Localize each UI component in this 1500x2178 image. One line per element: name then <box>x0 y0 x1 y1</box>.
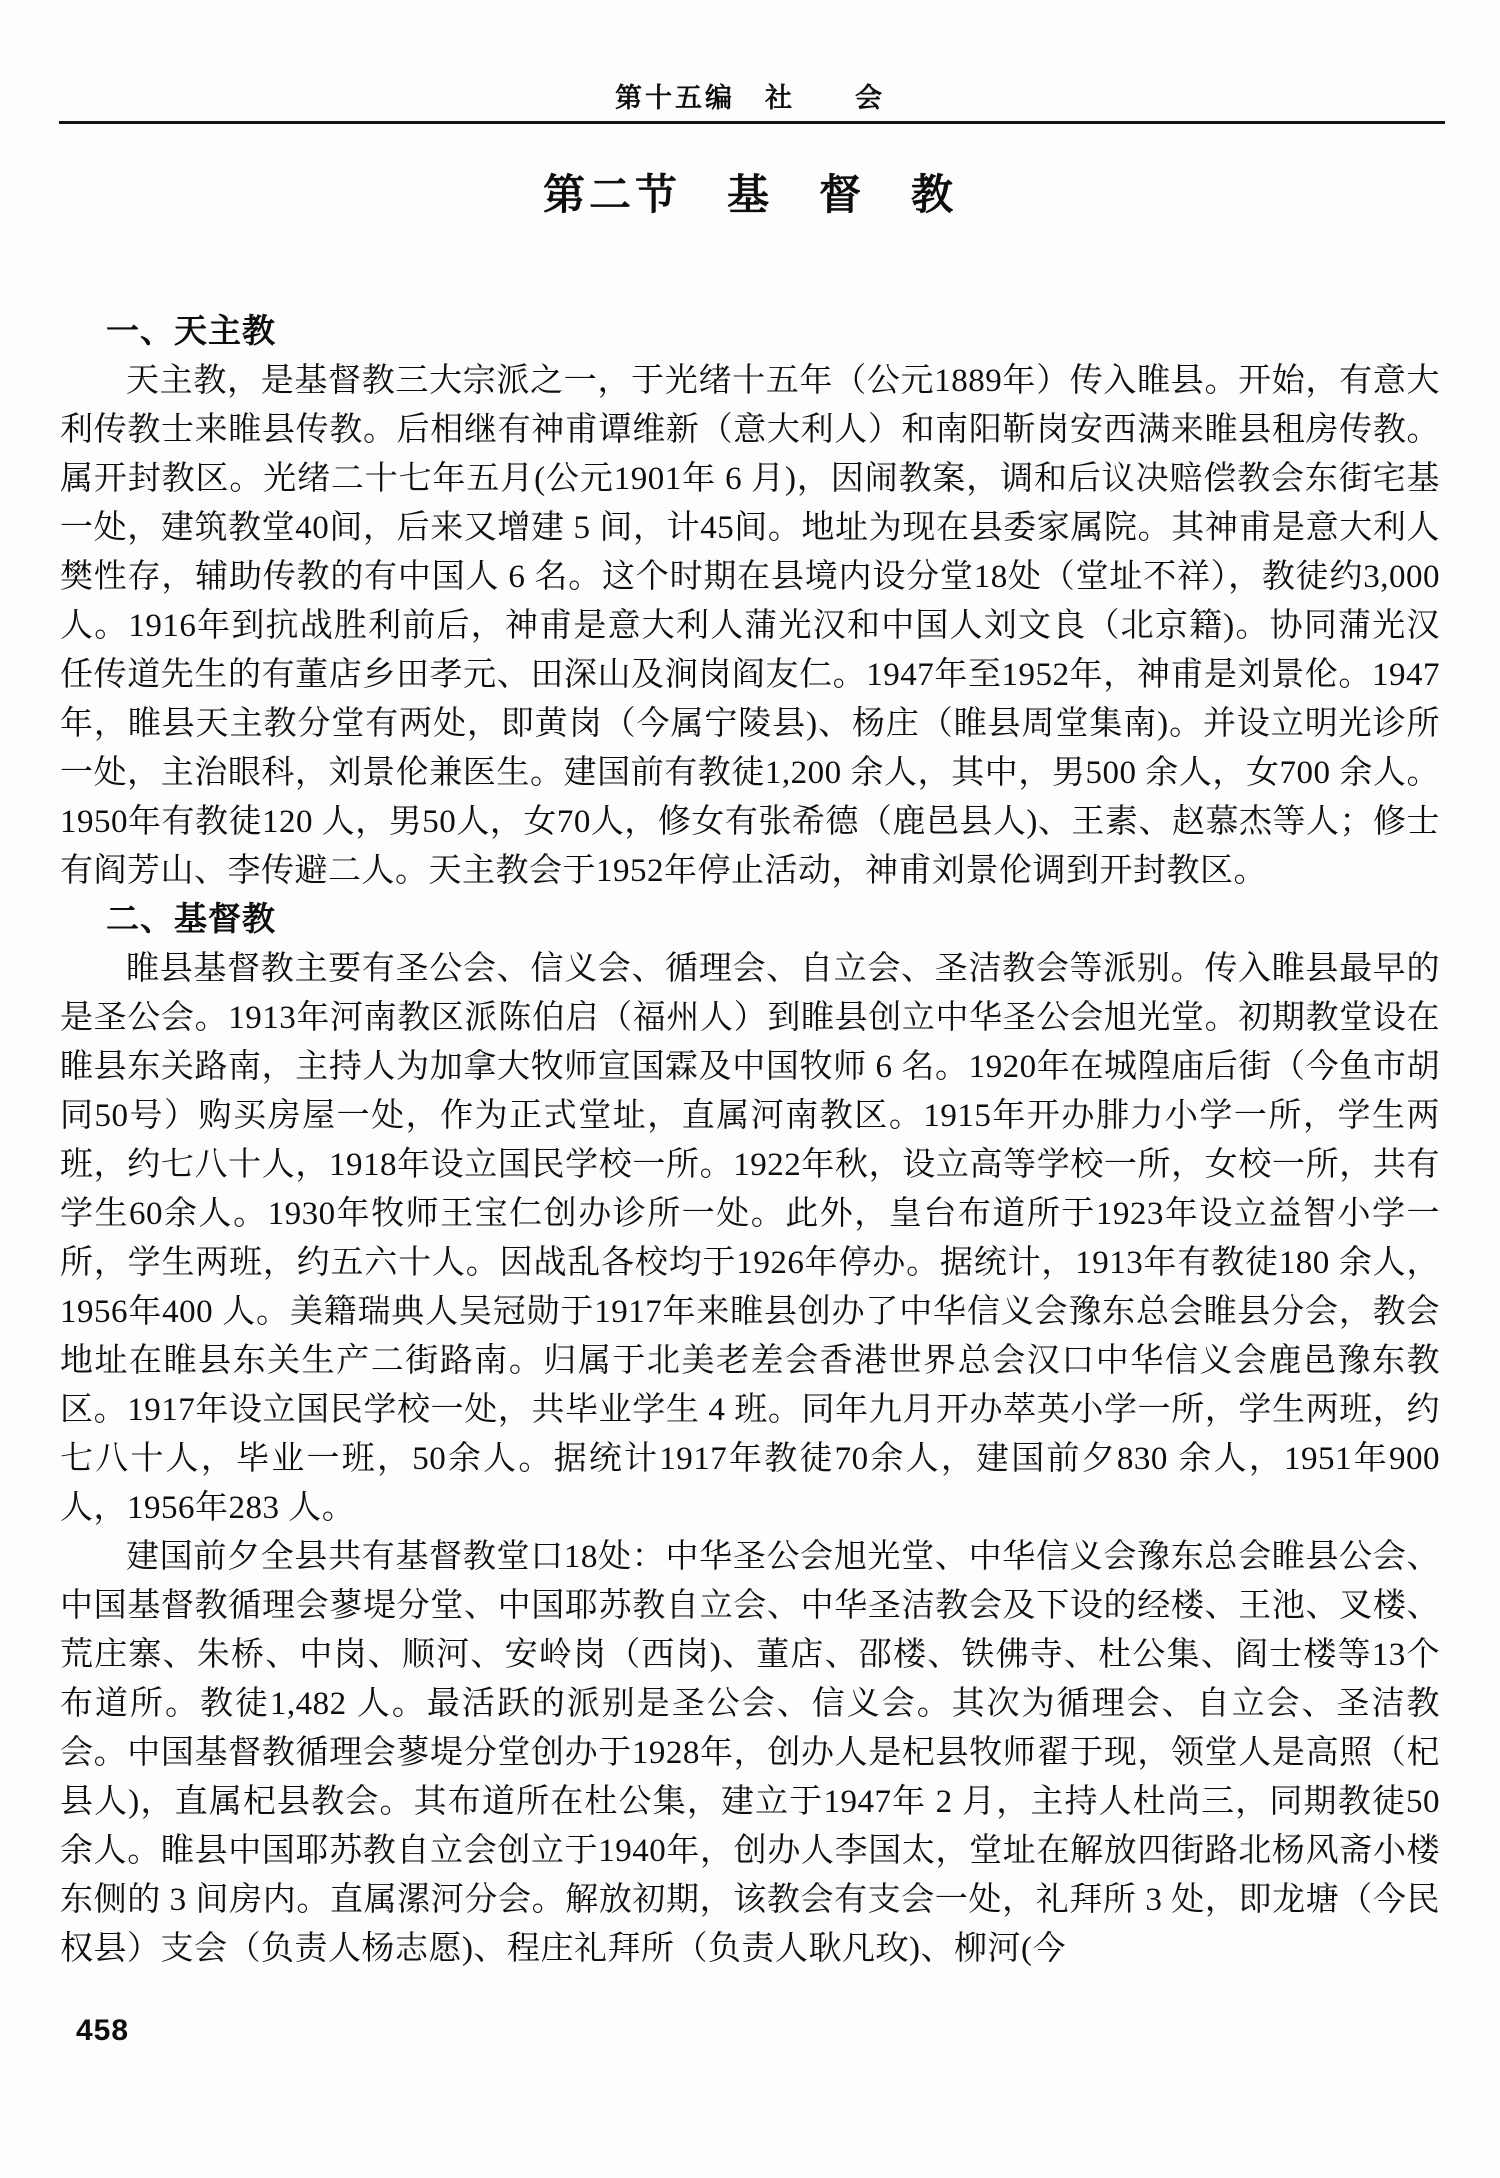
body-text: 一、天主教 天主教，是基督教三大宗派之一，于光绪十五年（公元1889年）传入睢县… <box>60 308 1440 1974</box>
paragraph-christianity-1: 睢县基督教主要有圣公会、信义会、循理会、自立会、圣洁教会等派别。传入睢县最早的是… <box>60 945 1440 1533</box>
section-heading-christianity: 二、基督教 <box>60 896 1440 945</box>
book-page: 第十五编 社 会 第二节 基 督 教 一、天主教 天主教，是基督教三大宗派之一，… <box>0 0 1500 2178</box>
header-divider <box>59 121 1445 124</box>
running-header: 第十五编 社 会 <box>0 0 1500 114</box>
page-title: 第二节 基 督 教 <box>0 170 1500 222</box>
page-number: 458 <box>76 2014 1500 2048</box>
paragraph-catholicism: 天主教，是基督教三大宗派之一，于光绪十五年（公元1889年）传入睢县。开始，有意… <box>60 357 1440 896</box>
paragraph-christianity-2: 建国前夕全县共有基督教堂口18处：中华圣公会旭光堂、中华信义会豫东总会睢县公会、… <box>60 1533 1440 1974</box>
section-heading-catholicism: 一、天主教 <box>60 308 1440 357</box>
